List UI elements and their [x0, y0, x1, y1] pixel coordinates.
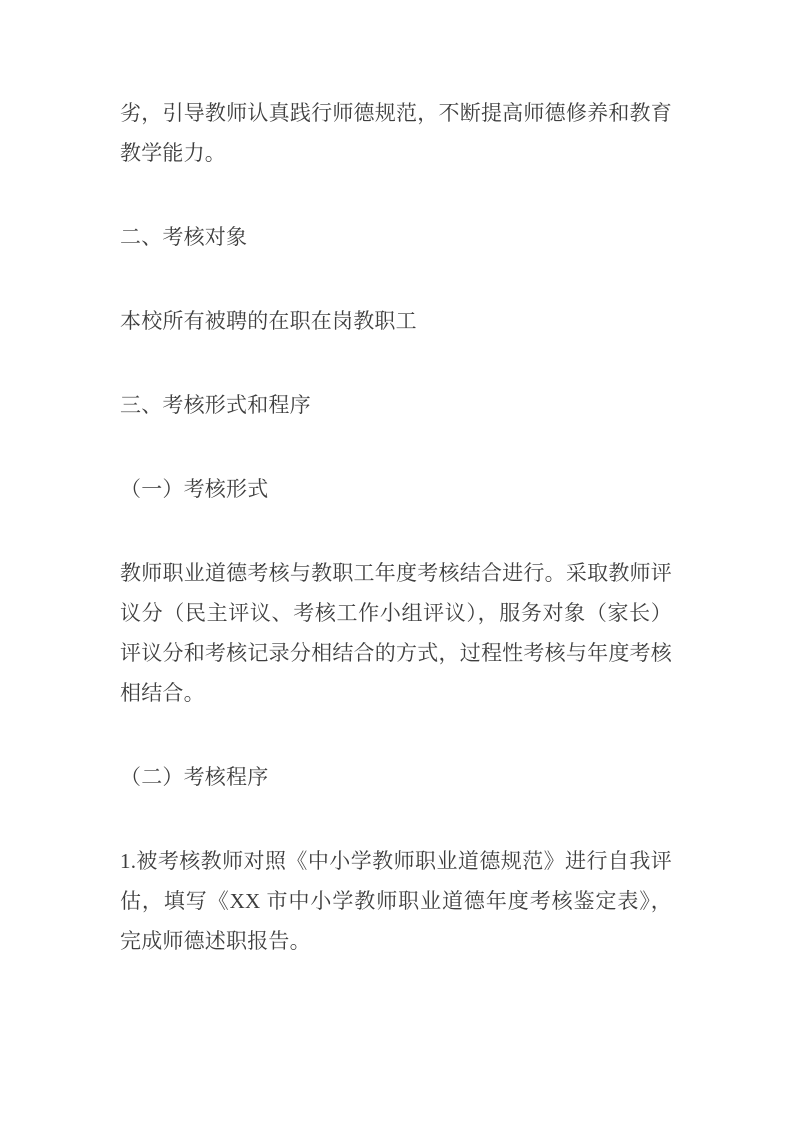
- document-page: 劣，引导教师认真践行师德规范，不断提高师德修养和教育教学能力。 二、考核对象 本…: [0, 0, 793, 1122]
- heading-section-three-form-and-procedure: 三、考核形式和程序: [120, 385, 672, 425]
- subheading-assessment-procedure: （二）考核程序: [120, 757, 672, 797]
- paragraph-assessment-targets: 本校所有被聘的在职在岗教职工: [120, 301, 672, 341]
- paragraph-assessment-form: 教师职业道德考核与教职工年度考核结合进行。采取教师评议分（民主评议、考核工作小组…: [120, 553, 672, 713]
- paragraph-assessment-procedure-step-1: 1.被考核教师对照《中小学教师职业道德规范》进行自我评估，填写《XX 市中小学教…: [120, 841, 672, 961]
- heading-section-two-assessment-targets: 二、考核对象: [120, 217, 672, 257]
- subheading-assessment-form: （一）考核形式: [120, 469, 672, 509]
- paragraph-continuation: 劣，引导教师认真践行师德规范，不断提高师德修养和教育教学能力。: [120, 93, 672, 173]
